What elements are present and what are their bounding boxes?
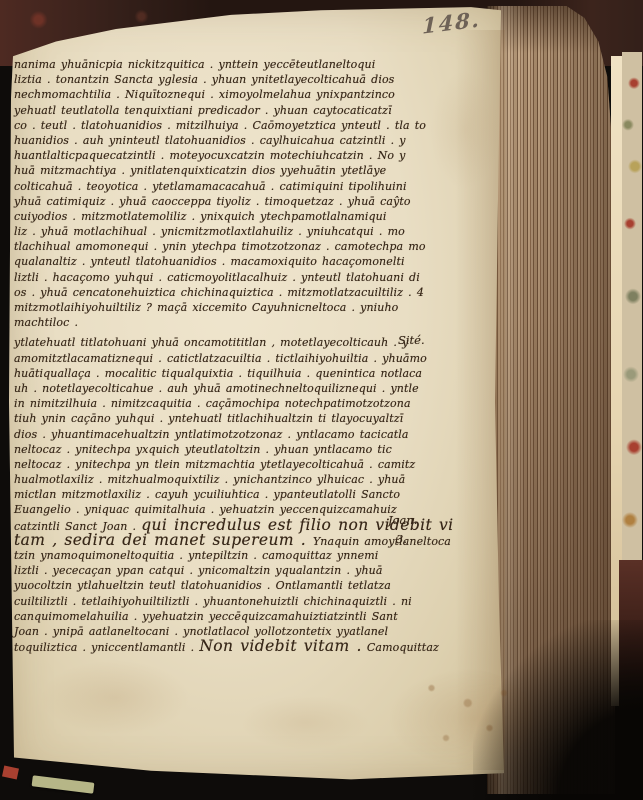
text-line: tiuh ynin caçāno yuhqui . yntehuatl titl…: [14, 411, 484, 426]
text-line: amomitztlacamatiznequi . catictlatzacuil…: [14, 351, 484, 366]
text-line: tlachihual amomonequi . ynin ytechpa tim…: [14, 239, 484, 254]
text-line: nanima yhuānicpia nickitzquitica . yntte…: [14, 57, 484, 72]
margin-note-joan-chapter: 3.: [396, 532, 407, 546]
text-line: cuiltiliztli . tetlaihiyohuiltiliztli . …: [14, 594, 484, 609]
margin-note-site: Sité.: [398, 333, 425, 347]
text-line: nechmomachtilia . Niquītoznequi . ximoyo…: [14, 87, 484, 102]
corner-shadow: [473, 620, 643, 800]
text-block: nanima yhuānicpia nickitzquitica . yntte…: [14, 57, 484, 654]
text-line: yehuatl teutlatolla tenquixtiani predica…: [14, 103, 484, 118]
text-line: liztli . yececaçan ypan catqui . ynicoma…: [14, 563, 484, 578]
text-line: mitzmotlaihiyohuiltiliz ? maçā xiccemito…: [14, 300, 484, 315]
text-line: huā mitzmachtiya . ynitlatenquixticatzin…: [14, 163, 484, 178]
text-line: neltocaz . ynitechpa yn tlein mitzmachti…: [14, 457, 484, 472]
text-line: colticahuā . teoyotica . ytetlamamacacah…: [14, 179, 484, 194]
text-line: tzin ynamoquimoneltoquitia . yntepiltzin…: [14, 548, 484, 563]
text-line: cuiyodios . mitzmotlatemoliliz . ynixqui…: [14, 209, 484, 224]
text-line: toquiliztica . yniccentlamantli . Non vi…: [14, 639, 484, 654]
text-line: tam , sedira dei manet supereum . Ynaqui…: [14, 533, 484, 548]
text-line: co . teutl . tlatohuanidios . mitzilhuiy…: [14, 118, 484, 133]
text-line: neltocaz . ynitechpa yxquich yteutlatolt…: [14, 442, 484, 457]
text-line: uh . notetlayecolticahue . auh yhuā amot…: [14, 381, 484, 396]
text-line: hualmotlaxiliz . mitzhualmoquixtiliz . y…: [14, 472, 484, 487]
text-line: os . yhuā cencatonehuiztica chichinaquiz…: [14, 285, 484, 300]
text-line: qualanaltiz . ynteutl tlatohuanidios . m…: [14, 254, 484, 269]
text-line: huantlalticpaquecatzintli . moteyocuxcat…: [14, 148, 484, 163]
text-line: liztli . hacaçomo yuhqui . caticmoyolitl…: [14, 270, 484, 285]
text-line: dios . yhuantimacehualtzin yntlatimotzot…: [14, 427, 484, 442]
manuscript-photo: 148. nanima yhuānicpia nickitzquitica . …: [0, 0, 643, 800]
text-line: liz . yhuā motlachihual . ynicmitzmotlax…: [14, 224, 484, 239]
margin-note-joan: Joan.: [388, 513, 417, 527]
text-line: yuocoltzin ytlahueltzin teutl tlatohuani…: [14, 578, 484, 593]
text-line: huanidios . auh yninteutl tlatohuanidios…: [14, 133, 484, 148]
text-line: mictlan mitzmotlaxiliz . cayuh ycuiliuht…: [14, 487, 484, 502]
text-line: yhuā catimiquiz . yhuā caocceppa tiyoliz…: [14, 194, 484, 209]
text-line: machtiloc .: [14, 315, 484, 330]
text-line: huātiquallaça . mocalitic tiqualquixtia …: [14, 366, 484, 381]
text-line: liztia . tonantzin Sancta yglesia . yhua…: [14, 72, 484, 87]
text-line: canquimomelahuilia . yyehuatzin yeccēqui…: [14, 609, 484, 624]
red-thread: [2, 766, 19, 780]
marbled-cover-edge: [622, 52, 642, 572]
text-line: in nimitzilhuia . nimitzcaquitia . caçām…: [14, 396, 484, 411]
bookmark-ribbon: [32, 775, 95, 793]
